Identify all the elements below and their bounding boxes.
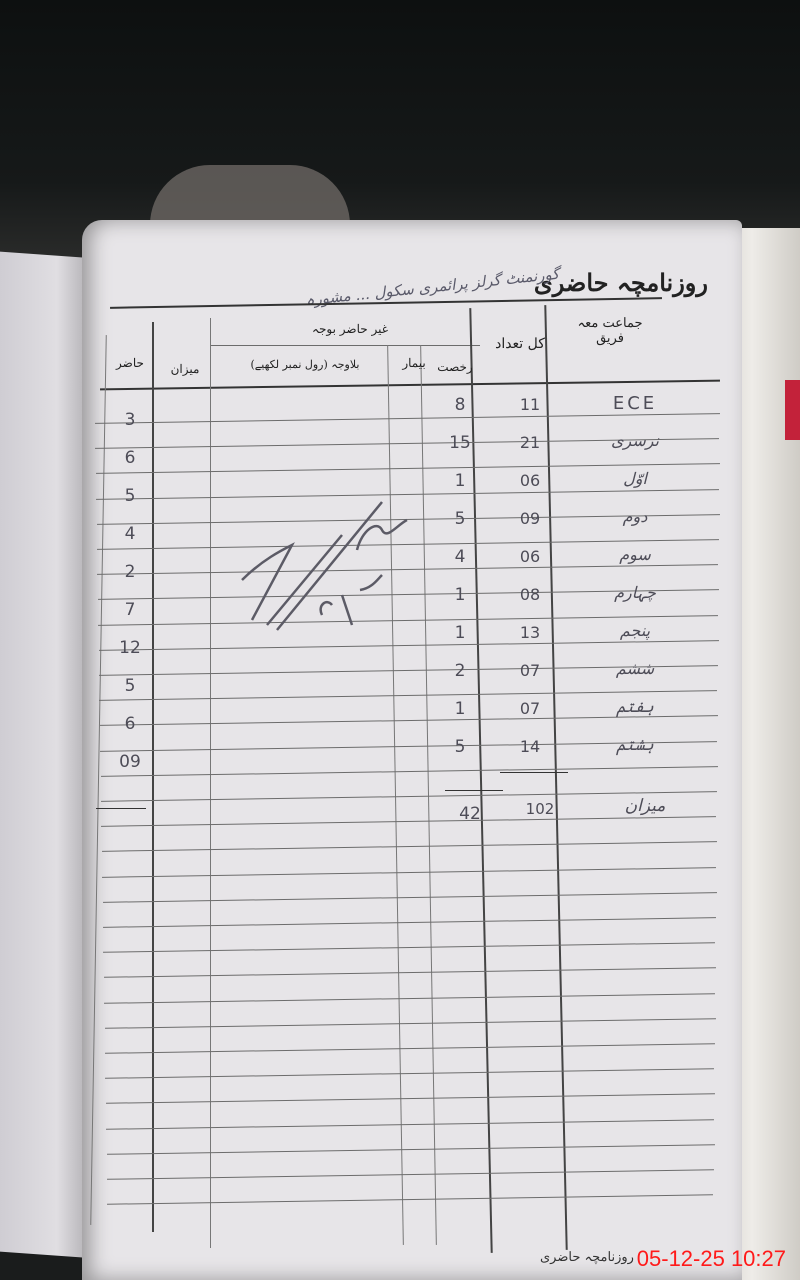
total-cell: 13: [505, 623, 555, 642]
leave-cell: 5: [440, 737, 480, 757]
present-underline: [96, 808, 146, 809]
total-cell: 06: [505, 471, 555, 490]
class-name-cell: نرسری: [580, 431, 690, 450]
total-cell: 07: [505, 661, 555, 680]
total-cell: 06: [505, 547, 555, 566]
class-name-cell: ہفتم: [580, 697, 690, 716]
leave-cell: 4: [440, 547, 480, 567]
present-cell: 5: [110, 486, 150, 506]
header-present: حاضر: [108, 356, 152, 370]
leave-cell: 1: [440, 699, 480, 719]
total-cell: 07: [505, 699, 555, 718]
present-cell: 7: [110, 600, 150, 620]
header-absent-total: میزان: [160, 362, 210, 376]
subheader-line: [210, 345, 480, 346]
total-cell: 09: [505, 509, 555, 528]
class-name-cell: اوّل: [580, 469, 690, 488]
timestamp-overlay: 05-12-25 10:27: [637, 1246, 786, 1272]
present-cell: 4: [110, 524, 150, 544]
class-name-cell: ECE: [580, 393, 690, 414]
leave-cell: 1: [440, 623, 480, 643]
leave-cell: 5: [440, 509, 480, 529]
total-label: میزان: [590, 796, 700, 816]
total-cell: 21: [505, 433, 555, 452]
header-without-reason: بلاوجہ (رول نمبر لکھیے): [220, 358, 390, 371]
class-name-cell: چہارم: [580, 583, 690, 602]
leave-cell: 15: [440, 433, 480, 453]
class-name-cell: ششم: [580, 659, 690, 678]
present-cell: 12: [110, 638, 150, 658]
header-sick: بیمار: [398, 356, 430, 370]
present-cell: 5: [110, 676, 150, 696]
class-name-cell: سوم: [580, 545, 690, 564]
total-cell: 14: [505, 737, 555, 756]
class-name-cell: پنجم: [580, 621, 690, 640]
leave-cell: 8: [440, 395, 480, 415]
present-cell: 6: [110, 714, 150, 734]
leave-cell: 2: [440, 661, 480, 681]
pink-object: [785, 380, 800, 440]
header-class: جماعت معہ فریق: [575, 316, 645, 346]
column-divider: [210, 318, 211, 1248]
present-cell: 09: [110, 752, 150, 772]
left-page: [0, 252, 95, 1259]
total-cell: 11: [505, 395, 555, 414]
header-leave: رخصت: [430, 360, 480, 374]
signature: [232, 480, 432, 640]
leave-cell: 1: [440, 585, 480, 605]
leave-underline: [445, 790, 503, 791]
header-absent-group: غیر حاضر بوجہ: [250, 322, 450, 336]
total-leave: 42: [445, 804, 495, 824]
present-cell: 6: [110, 448, 150, 468]
total-underline: [500, 772, 568, 773]
class-name-cell: دوم: [580, 507, 690, 526]
present-cell: 2: [110, 562, 150, 582]
total-cell: 08: [505, 585, 555, 604]
present-cell: 3: [110, 410, 150, 430]
leave-cell: 1: [440, 471, 480, 491]
class-name-cell: ہشتم: [580, 735, 690, 754]
total-students: 102: [510, 800, 570, 818]
header-total: کل تعداد: [485, 336, 555, 352]
column-divider: [152, 322, 154, 1232]
footer-text: روزنامچہ حاضری: [540, 1250, 634, 1265]
